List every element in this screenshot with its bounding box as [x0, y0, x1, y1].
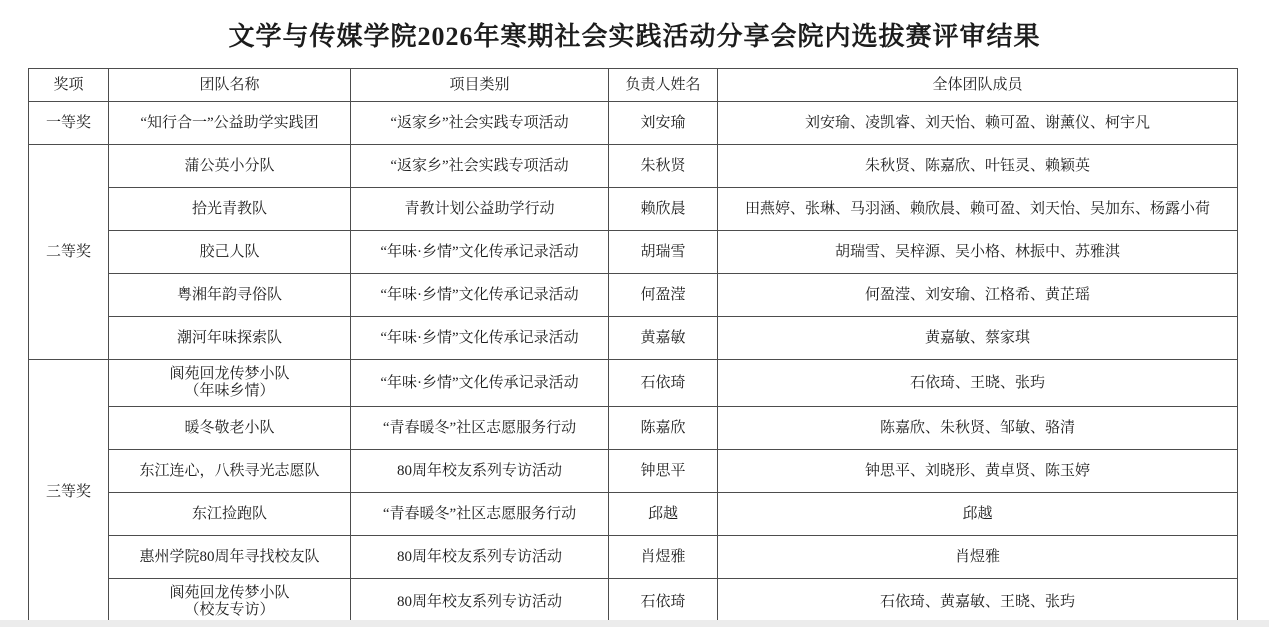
header-leader-name: 负责人姓名: [609, 69, 718, 102]
team-name-line1: 阆苑回龙传梦小队: [169, 366, 289, 382]
award-cell: 二等奖: [29, 145, 109, 360]
team-name-cell: 东江连心，八秩寻光志愿队: [109, 450, 351, 493]
team-name-cell: 阆苑回龙传梦小队（年味乡情）: [109, 360, 351, 407]
header-project-category: 项目类别: [351, 69, 609, 102]
members-cell: 石依琦、王晓、张玙: [718, 360, 1238, 407]
award-cell: 三等奖: [29, 360, 109, 626]
table-row: 惠州学院80周年寻找校友队80周年校友系列专访活动肖煜雅肖煜雅: [29, 536, 1238, 579]
table-row: 一等奖“知行合一”公益助学实践团“返家乡”社会实践专项活动刘安瑜刘安瑜、凌凯睿、…: [29, 102, 1238, 145]
table-row: 粤湘年韵寻俗队“年味·乡情”文化传承记录活动何盈滢何盈滢、刘安瑜、江格希、黄芷瑶: [29, 274, 1238, 317]
leader-name-cell: 胡瑞雪: [609, 231, 718, 274]
leader-name-cell: 石依琦: [609, 360, 718, 407]
members-cell: 钟思平、刘晓形、黄卓贤、陈玉婷: [718, 450, 1238, 493]
header-all-members: 全体团队成员: [718, 69, 1238, 102]
project-category-cell: “返家乡”社会实践专项活动: [351, 102, 609, 145]
team-name-cell: 惠州学院80周年寻找校友队: [109, 536, 351, 579]
team-name-cell: 胶己人队: [109, 231, 351, 274]
leader-name-cell: 刘安瑜: [609, 102, 718, 145]
members-cell: 石依琦、黄嘉敏、王晓、张玙: [718, 579, 1238, 626]
members-cell: 何盈滢、刘安瑜、江格希、黄芷瑶: [718, 274, 1238, 317]
leader-name-cell: 石依琦: [609, 579, 718, 626]
project-category-cell: “青春暖冬”社区志愿服务行动: [351, 407, 609, 450]
members-cell: 胡瑞雪、吴梓源、吴小格、林振中、苏雅淇: [718, 231, 1238, 274]
leader-name-cell: 肖煜雅: [609, 536, 718, 579]
table-row: 拾光青教队青教计划公益助学行动赖欣晨田燕婷、张琳、马羽涵、赖欣晨、赖可盈、刘天怡…: [29, 188, 1238, 231]
header-team-name: 团队名称: [109, 69, 351, 102]
leader-name-cell: 邱越: [609, 493, 718, 536]
header-award: 奖项: [29, 69, 109, 102]
project-category-cell: 青教计划公益助学行动: [351, 188, 609, 231]
team-name-line2: （年味乡情）: [115, 383, 344, 400]
project-category-cell: “年味·乡情”文化传承记录活动: [351, 231, 609, 274]
team-name-cell: 阆苑回龙传梦小队（校友专访）: [109, 579, 351, 626]
table-row: 阆苑回龙传梦小队（校友专访）80周年校友系列专访活动石依琦石依琦、黄嘉敏、王晓、…: [29, 579, 1238, 626]
members-cell: 肖煜雅: [718, 536, 1238, 579]
table-row: 东江捡跑队“青春暖冬”社区志愿服务行动邱越邱越: [29, 493, 1238, 536]
team-name-cell: “知行合一”公益助学实践团: [109, 102, 351, 145]
project-category-cell: 80周年校友系列专访活动: [351, 579, 609, 626]
leader-name-cell: 赖欣晨: [609, 188, 718, 231]
team-name-line1: 阆苑回龙传梦小队: [169, 585, 289, 601]
table-row: 三等奖阆苑回龙传梦小队（年味乡情）“年味·乡情”文化传承记录活动石依琦石依琦、王…: [29, 360, 1238, 407]
team-name-cell: 粤湘年韵寻俗队: [109, 274, 351, 317]
table-header-row: 奖项 团队名称 项目类别 负责人姓名 全体团队成员: [29, 69, 1238, 102]
project-category-cell: “年味·乡情”文化传承记录活动: [351, 360, 609, 407]
team-name-cell: 东江捡跑队: [109, 493, 351, 536]
members-cell: 刘安瑜、凌凯睿、刘天怡、赖可盈、谢薰仪、柯宇凡: [718, 102, 1238, 145]
table-row: 潮河年味探索队“年味·乡情”文化传承记录活动黄嘉敏黄嘉敏、蔡家琪: [29, 317, 1238, 360]
team-name-cell: 暖冬敬老小队: [109, 407, 351, 450]
members-cell: 黄嘉敏、蔡家琪: [718, 317, 1238, 360]
leader-name-cell: 何盈滢: [609, 274, 718, 317]
leader-name-cell: 陈嘉欣: [609, 407, 718, 450]
members-cell: 陈嘉欣、朱秋贤、邹敏、骆清: [718, 407, 1238, 450]
award-cell: 一等奖: [29, 102, 109, 145]
members-cell: 田燕婷、张琳、马羽涵、赖欣晨、赖可盈、刘天怡、吴加东、杨露小荷: [718, 188, 1238, 231]
team-name-line2: （校友专访）: [115, 602, 344, 619]
project-category-cell: 80周年校友系列专访活动: [351, 536, 609, 579]
team-name-cell: 蒲公英小分队: [109, 145, 351, 188]
leader-name-cell: 钟思平: [609, 450, 718, 493]
results-table-body: 一等奖“知行合一”公益助学实践团“返家乡”社会实践专项活动刘安瑜刘安瑜、凌凯睿、…: [29, 102, 1238, 626]
table-row: 胶己人队“年味·乡情”文化传承记录活动胡瑞雪胡瑞雪、吴梓源、吴小格、林振中、苏雅…: [29, 231, 1238, 274]
project-category-cell: “年味·乡情”文化传承记录活动: [351, 274, 609, 317]
project-category-cell: “年味·乡情”文化传承记录活动: [351, 317, 609, 360]
members-cell: 邱越: [718, 493, 1238, 536]
leader-name-cell: 黄嘉敏: [609, 317, 718, 360]
team-name-cell: 潮河年味探索队: [109, 317, 351, 360]
page-bottom-edge: [0, 620, 1269, 627]
leader-name-cell: 朱秋贤: [609, 145, 718, 188]
project-category-cell: “青春暖冬”社区志愿服务行动: [351, 493, 609, 536]
table-row: 暖冬敬老小队“青春暖冬”社区志愿服务行动陈嘉欣陈嘉欣、朱秋贤、邹敏、骆清: [29, 407, 1238, 450]
table-row: 二等奖蒲公英小分队“返家乡”社会实践专项活动朱秋贤朱秋贤、陈嘉欣、叶钰灵、赖颖英: [29, 145, 1238, 188]
page-title: 文学与传媒学院2026年寒期社会实践活动分享会院内选拔赛评审结果: [0, 16, 1269, 53]
project-category-cell: “返家乡”社会实践专项活动: [351, 145, 609, 188]
team-name-cell: 拾光青教队: [109, 188, 351, 231]
results-table: 奖项 团队名称 项目类别 负责人姓名 全体团队成员 一等奖“知行合一”公益助学实…: [28, 68, 1238, 626]
project-category-cell: 80周年校友系列专访活动: [351, 450, 609, 493]
members-cell: 朱秋贤、陈嘉欣、叶钰灵、赖颖英: [718, 145, 1238, 188]
table-row: 东江连心，八秩寻光志愿队80周年校友系列专访活动钟思平钟思平、刘晓形、黄卓贤、陈…: [29, 450, 1238, 493]
